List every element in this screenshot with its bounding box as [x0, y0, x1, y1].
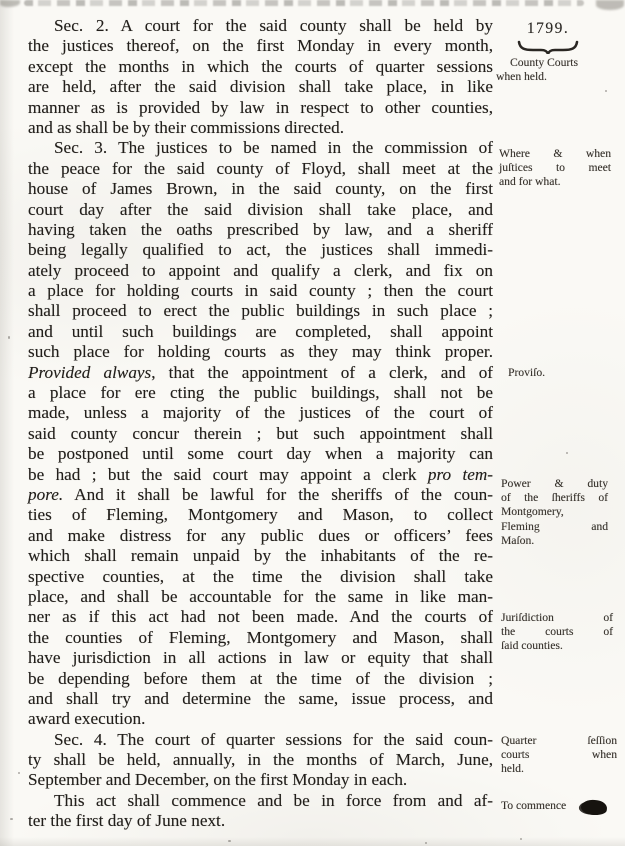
- text-line: ately proceed to appoint and qualify a c…: [28, 261, 493, 281]
- margin-note-line: County Courts: [496, 56, 596, 70]
- text-line: Sec. 4. The court of quarter sessions fo…: [28, 730, 493, 750]
- text-line: a place for holding courts in said count…: [28, 281, 493, 301]
- text-line: have jurisdiction in all actions in law …: [28, 648, 493, 668]
- ink-speck: [566, 452, 568, 454]
- scan-smudge: [596, 0, 624, 10]
- text-line: and until such buildings are completed, …: [28, 322, 493, 342]
- page-edge-shading: [0, 837, 625, 846]
- margin-note-line: Fleming and: [501, 520, 608, 534]
- margin-note-line: and for what.: [499, 175, 611, 189]
- margin-note: Where & whenjuſtices to meetand for what…: [499, 147, 611, 190]
- margin-note: Proviſo.: [508, 366, 608, 380]
- text-line: be had ; but the said court may appoint …: [28, 465, 493, 485]
- text-line: spective counties, at the time the divis…: [28, 567, 493, 587]
- text-line: being legally qualified to act, the just…: [28, 240, 493, 260]
- ink-speck: [520, 838, 522, 840]
- text-line: such place for holding courts as they ma…: [28, 342, 493, 362]
- text-line: Sec. 2. A court for the said county shal…: [28, 16, 493, 36]
- text-line: be postponed until some court day when a…: [28, 444, 493, 464]
- paragraph: Sec. 3. The justices to be named in the …: [28, 138, 493, 729]
- text-line: the peace for the said county of Floyd, …: [28, 159, 493, 179]
- text-line: place, and shall be accountable for the …: [28, 587, 493, 607]
- year-label: 1799.: [506, 20, 590, 38]
- cropped-previous-line: [24, 0, 584, 6]
- text-line: which shall remain unpaid by the inhabit…: [28, 546, 493, 566]
- text-line: having taken the oaths prescribed by law…: [28, 220, 493, 240]
- ink-speck: [8, 336, 10, 339]
- text-line: ner as if this act had not been made. An…: [28, 607, 493, 627]
- margin-note: Power & dutyof the ſheriffs ofMontgomery…: [501, 477, 608, 548]
- text-line: September and December, on the first Mon…: [28, 770, 493, 790]
- text-line: and make distress for any public dues or…: [28, 526, 493, 546]
- margin-note-line: Where & when: [499, 147, 611, 161]
- text-line: the counties of Fleming, Montgomery and …: [28, 628, 493, 648]
- text-line: and shall try and determine the same, is…: [28, 689, 493, 709]
- paragraph: Sec. 2. A court for the said county shal…: [28, 16, 493, 138]
- text-line: a place for ere cting the public buildin…: [28, 383, 493, 403]
- margin-note-line: Montgomery,: [501, 505, 608, 519]
- text-line: made, unless a majority of the justices …: [28, 403, 493, 423]
- text-line: shall proceed to erect the public buildi…: [28, 301, 493, 321]
- page-edge-shading: [0, 0, 14, 846]
- text-line: court day after the said division shall …: [28, 200, 493, 220]
- text-line: pore. And it shall be lawful for the she…: [28, 485, 493, 505]
- text-line: and as shall be by their commissions dir…: [28, 118, 493, 138]
- margin-note: County Courtswhen held.: [496, 56, 596, 84]
- margin-note-line: juſtices to meet: [499, 161, 611, 175]
- text-line: This act shall commence and be in force …: [28, 791, 493, 811]
- ink-speck: [605, 90, 607, 92]
- text-line: ter the first day of June next.: [28, 811, 493, 831]
- text-line: except the months in which the courts of…: [28, 57, 493, 77]
- ink-speck: [228, 840, 231, 842]
- margin-note-line: ſaid counties.: [501, 639, 613, 653]
- paragraph: This act shall commence and be in force …: [28, 791, 493, 832]
- margin-note-line: the courts of: [501, 625, 613, 639]
- margin-note-line: of the ſheriffs of: [501, 491, 608, 505]
- text-line: house of James Brown, in the said county…: [28, 179, 493, 199]
- ink-speck: [18, 772, 20, 774]
- margin-note-line: Power & duty: [501, 477, 608, 491]
- statute-page: Sec. 2. A court for the said county shal…: [0, 0, 625, 846]
- text-line: ties of Fleming, Montgomery and Mason, t…: [28, 505, 493, 525]
- text-line: manner as is provided by law in respect …: [28, 98, 493, 118]
- text-line: said county concur therein ; but such ap…: [28, 424, 493, 444]
- margin-note-line: Proviſo.: [508, 366, 608, 380]
- paragraph: Sec. 4. The court of quarter sessions fo…: [28, 730, 493, 791]
- brace-icon: [517, 40, 579, 54]
- text-line: be depending before them at the time of …: [28, 669, 493, 689]
- ink-speck: [10, 818, 13, 820]
- text-line: Sec. 3. The justices to be named in the …: [28, 138, 493, 158]
- text-line: the justices thereof, on the first Monda…: [28, 36, 493, 56]
- margin-note-line: held.: [501, 762, 617, 776]
- statute-body-text: Sec. 2. A court for the said county shal…: [28, 16, 493, 832]
- ink-speck: [425, 842, 427, 844]
- margin-note-line: Maſon.: [501, 534, 608, 548]
- margin-note: Juriſdiction ofthe courts ofſaid countie…: [501, 611, 613, 654]
- margin-note-line: Quarter ſeſſion: [501, 734, 617, 748]
- text-line: award execution.: [28, 709, 493, 729]
- margin-note-line: when held.: [496, 70, 596, 84]
- text-line: are held, after the said division shall …: [28, 77, 493, 97]
- text-line: ty shall be held, annually, in the month…: [28, 750, 493, 770]
- margin-note: Quarter ſeſſioncourts whenheld.: [501, 734, 617, 777]
- margin-note: To commence: [501, 799, 621, 813]
- margin-note-line: courts when: [501, 748, 617, 762]
- text-line: Provided always, that the appointment of…: [28, 363, 493, 383]
- margin-note-line: Juriſdiction of: [501, 611, 613, 625]
